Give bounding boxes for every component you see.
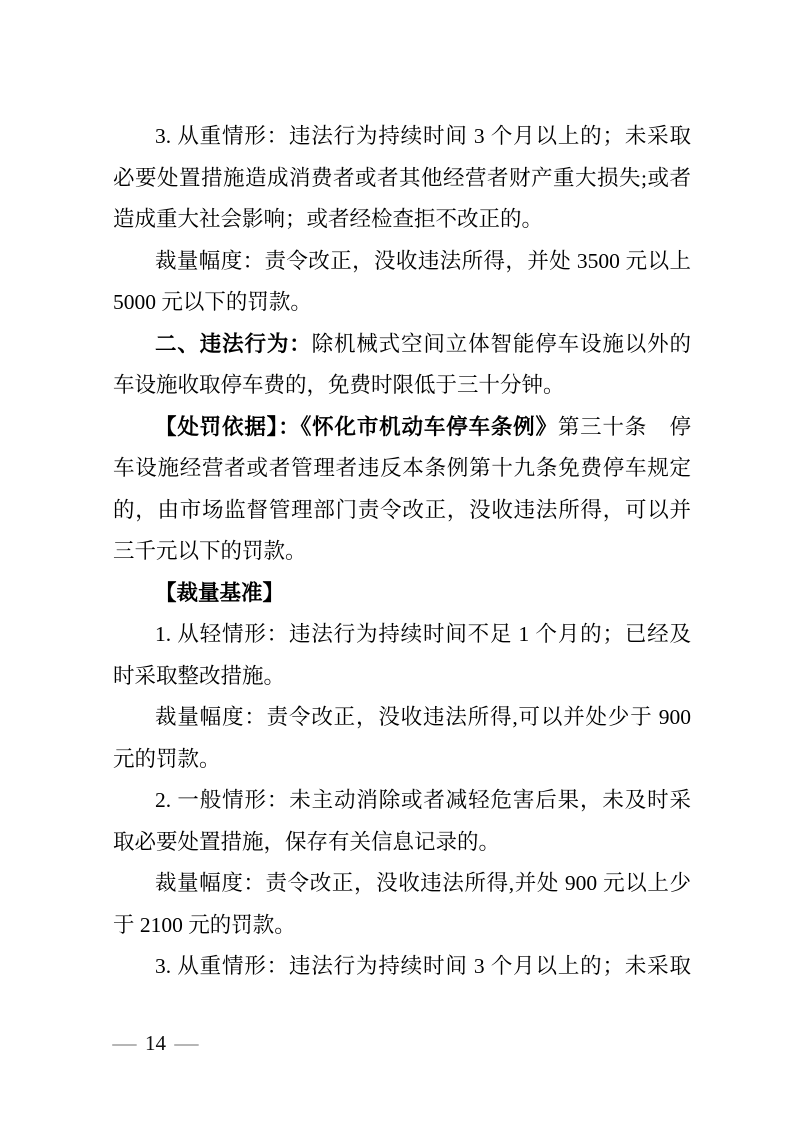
text-line: 车设施收取停车费的，免费时限低于三十分钟。 — [113, 365, 691, 407]
body-text: 于 2100 元的罚款。 — [113, 913, 296, 937]
paragraph: 1. 从轻情形：违法行为持续时间不足 1 个月的；已经及时采取整改措施。 — [113, 614, 691, 697]
text-line: 2. 一般情形：未主动消除或者减轻危害后果，未及时采 — [113, 780, 691, 822]
body-text: 第三十条 停 — [558, 415, 691, 439]
body-text: 裁量幅度：责令改正，没收违法所得,可以并处少于 900 — [155, 705, 691, 729]
body-text: 三千元以下的罚款。 — [113, 539, 307, 563]
paragraph: 裁量幅度：责令改正，没收违法所得,可以并处少于 900元的罚款。 — [113, 697, 691, 780]
text-line: 二、违法行为：除机械式空间立体智能停车设施以外的停 — [113, 324, 691, 366]
document-body: 3. 从重情形：违法行为持续时间 3 个月以上的；未采取必要处置措施造成消费者或… — [113, 116, 691, 988]
text-line: 1. 从轻情形：违法行为持续时间不足 1 个月的；已经及 — [113, 614, 691, 656]
body-text: 裁量幅度：责令改正，没收违法所得,并处 900 元以上少 — [155, 871, 691, 895]
page-number: 14 — [145, 1029, 166, 1057]
text-line: 于 2100 元的罚款。 — [113, 905, 691, 947]
footer-dash-left: — — [112, 1029, 136, 1057]
body-text: 车设施经营者或者管理者违反本条例第十九条免费停车规定 — [113, 456, 691, 480]
paragraph: 3. 从重情形：违法行为持续时间 3 个月以上的；未采取必要处置措施造成消费者或… — [113, 116, 691, 241]
paragraph: 2. 一般情形：未主动消除或者减轻危害后果，未及时采取必要处置措施，保存有关信息… — [113, 780, 691, 863]
body-text: 3. 从重情形：违法行为持续时间 3 个月以上的；未采取 — [155, 124, 691, 148]
paragraph: 二、违法行为：除机械式空间立体智能停车设施以外的停车设施收取停车费的，免费时限低… — [113, 324, 691, 407]
paragraph: 【裁量基准】 — [113, 573, 691, 615]
paragraph: 【处罚依据】：《怀化市机动车停车条例》第三十条 停车设施经营者或者管理者违反本条… — [113, 407, 691, 573]
text-line: 时采取整改措施。 — [113, 656, 691, 698]
text-line: 裁量幅度：责令改正，没收违法所得,并处 900 元以上少 — [113, 863, 691, 905]
emphasis-text: 二、违法行为： — [155, 332, 312, 356]
document-page: 3. 从重情形：违法行为持续时间 3 个月以上的；未采取必要处置措施造成消费者或… — [0, 0, 793, 1122]
text-line: 3. 从重情形：违法行为持续时间 3 个月以上的；未采取 — [113, 116, 691, 158]
paragraph: 3. 从重情形：违法行为持续时间 3 个月以上的；未采取 — [113, 946, 691, 988]
emphasis-text: 【裁量基准】 — [155, 581, 284, 605]
text-line: 三千元以下的罚款。 — [113, 531, 691, 573]
text-line: 5000 元以下的罚款。 — [113, 282, 691, 324]
text-line: 造成重大社会影响；或者经检查拒不改正的。 — [113, 199, 691, 241]
paragraph: 裁量幅度：责令改正，没收违法所得，并处 3500 元以上5000 元以下的罚款。 — [113, 241, 691, 324]
text-line: 的，由市场监督管理部门责令改正，没收违法所得，可以并处 — [113, 490, 691, 532]
text-line: 【处罚依据】：《怀化市机动车停车条例》第三十条 停 — [113, 407, 691, 449]
body-text: 元的罚款。 — [113, 747, 221, 771]
text-line: 必要处置措施造成消费者或者其他经营者财产重大损失;或者 — [113, 158, 691, 200]
body-text: 2. 一般情形：未主动消除或者减轻危害后果，未及时采 — [155, 788, 691, 812]
footer-dash-right: — — [174, 1029, 198, 1057]
body-text: 3. 从重情形：违法行为持续时间 3 个月以上的；未采取 — [155, 954, 691, 978]
body-text: 车设施收取停车费的，免费时限低于三十分钟。 — [113, 373, 565, 397]
emphasis-text: 【处罚依据】：《怀化市机动车停车条例》 — [155, 415, 558, 439]
text-line: 【裁量基准】 — [113, 573, 691, 615]
paragraph: 裁量幅度：责令改正，没收违法所得,并处 900 元以上少于 2100 元的罚款。 — [113, 863, 691, 946]
body-text: 时采取整改措施。 — [113, 664, 285, 688]
body-text: 5000 元以下的罚款。 — [113, 290, 312, 314]
body-text: 取必要处置措施，保存有关信息记录的。 — [113, 830, 500, 854]
text-line: 元的罚款。 — [113, 739, 691, 781]
text-line: 裁量幅度：责令改正，没收违法所得,可以并处少于 900 — [113, 697, 691, 739]
page-footer: — 14 — — [114, 1029, 197, 1057]
body-text: 的，由市场监督管理部门责令改正，没收违法所得，可以并处 — [113, 498, 691, 532]
text-line: 裁量幅度：责令改正，没收违法所得，并处 3500 元以上 — [113, 241, 691, 283]
text-line: 车设施经营者或者管理者违反本条例第十九条免费停车规定 — [113, 448, 691, 490]
body-text: 1. 从轻情形：违法行为持续时间不足 1 个月的；已经及 — [155, 622, 691, 646]
body-text: 裁量幅度：责令改正，没收违法所得，并处 3500 元以上 — [155, 249, 691, 273]
body-text: 造成重大社会影响；或者经检查拒不改正的。 — [113, 207, 543, 231]
text-line: 取必要处置措施，保存有关信息记录的。 — [113, 822, 691, 864]
body-text: 必要处置措施造成消费者或者其他经营者财产重大损失;或者 — [113, 166, 691, 190]
text-line: 3. 从重情形：违法行为持续时间 3 个月以上的；未采取 — [113, 946, 691, 988]
